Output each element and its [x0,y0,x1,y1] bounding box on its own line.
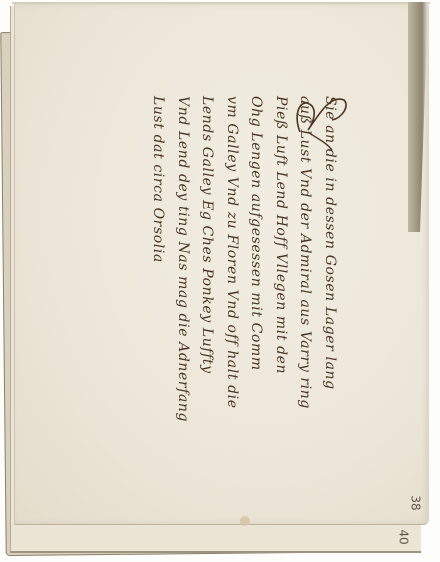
paper-stain [240,516,250,526]
text-line: Ohg Lengen aufgesessen mit Comm [244,96,269,416]
handwritten-text: Sie an die in dessen Gosen Lager lang au… [146,96,342,416]
text-line: auß Lust Vnd der Admiral aus Varry ring [293,96,318,416]
folio-number-behind: 40 [397,529,411,544]
folio-number-front: 38 [409,495,423,510]
text-line: vm Galley Vnd zu Floren Vnd off halt die [220,96,245,416]
text-line: Lends Galley Eg Ches Ponkey Luffty [195,96,220,416]
text-line: Pieß Luft Lend Hoff Vllegen mit den [269,96,294,416]
text-line: Vnd Lend dey ting Nas mag die Adnerfang [171,96,196,416]
text-line: Lust dat circa Orsolia [146,96,171,416]
text-line: Sie an die in dessen Gosen Lager lang [318,96,343,416]
